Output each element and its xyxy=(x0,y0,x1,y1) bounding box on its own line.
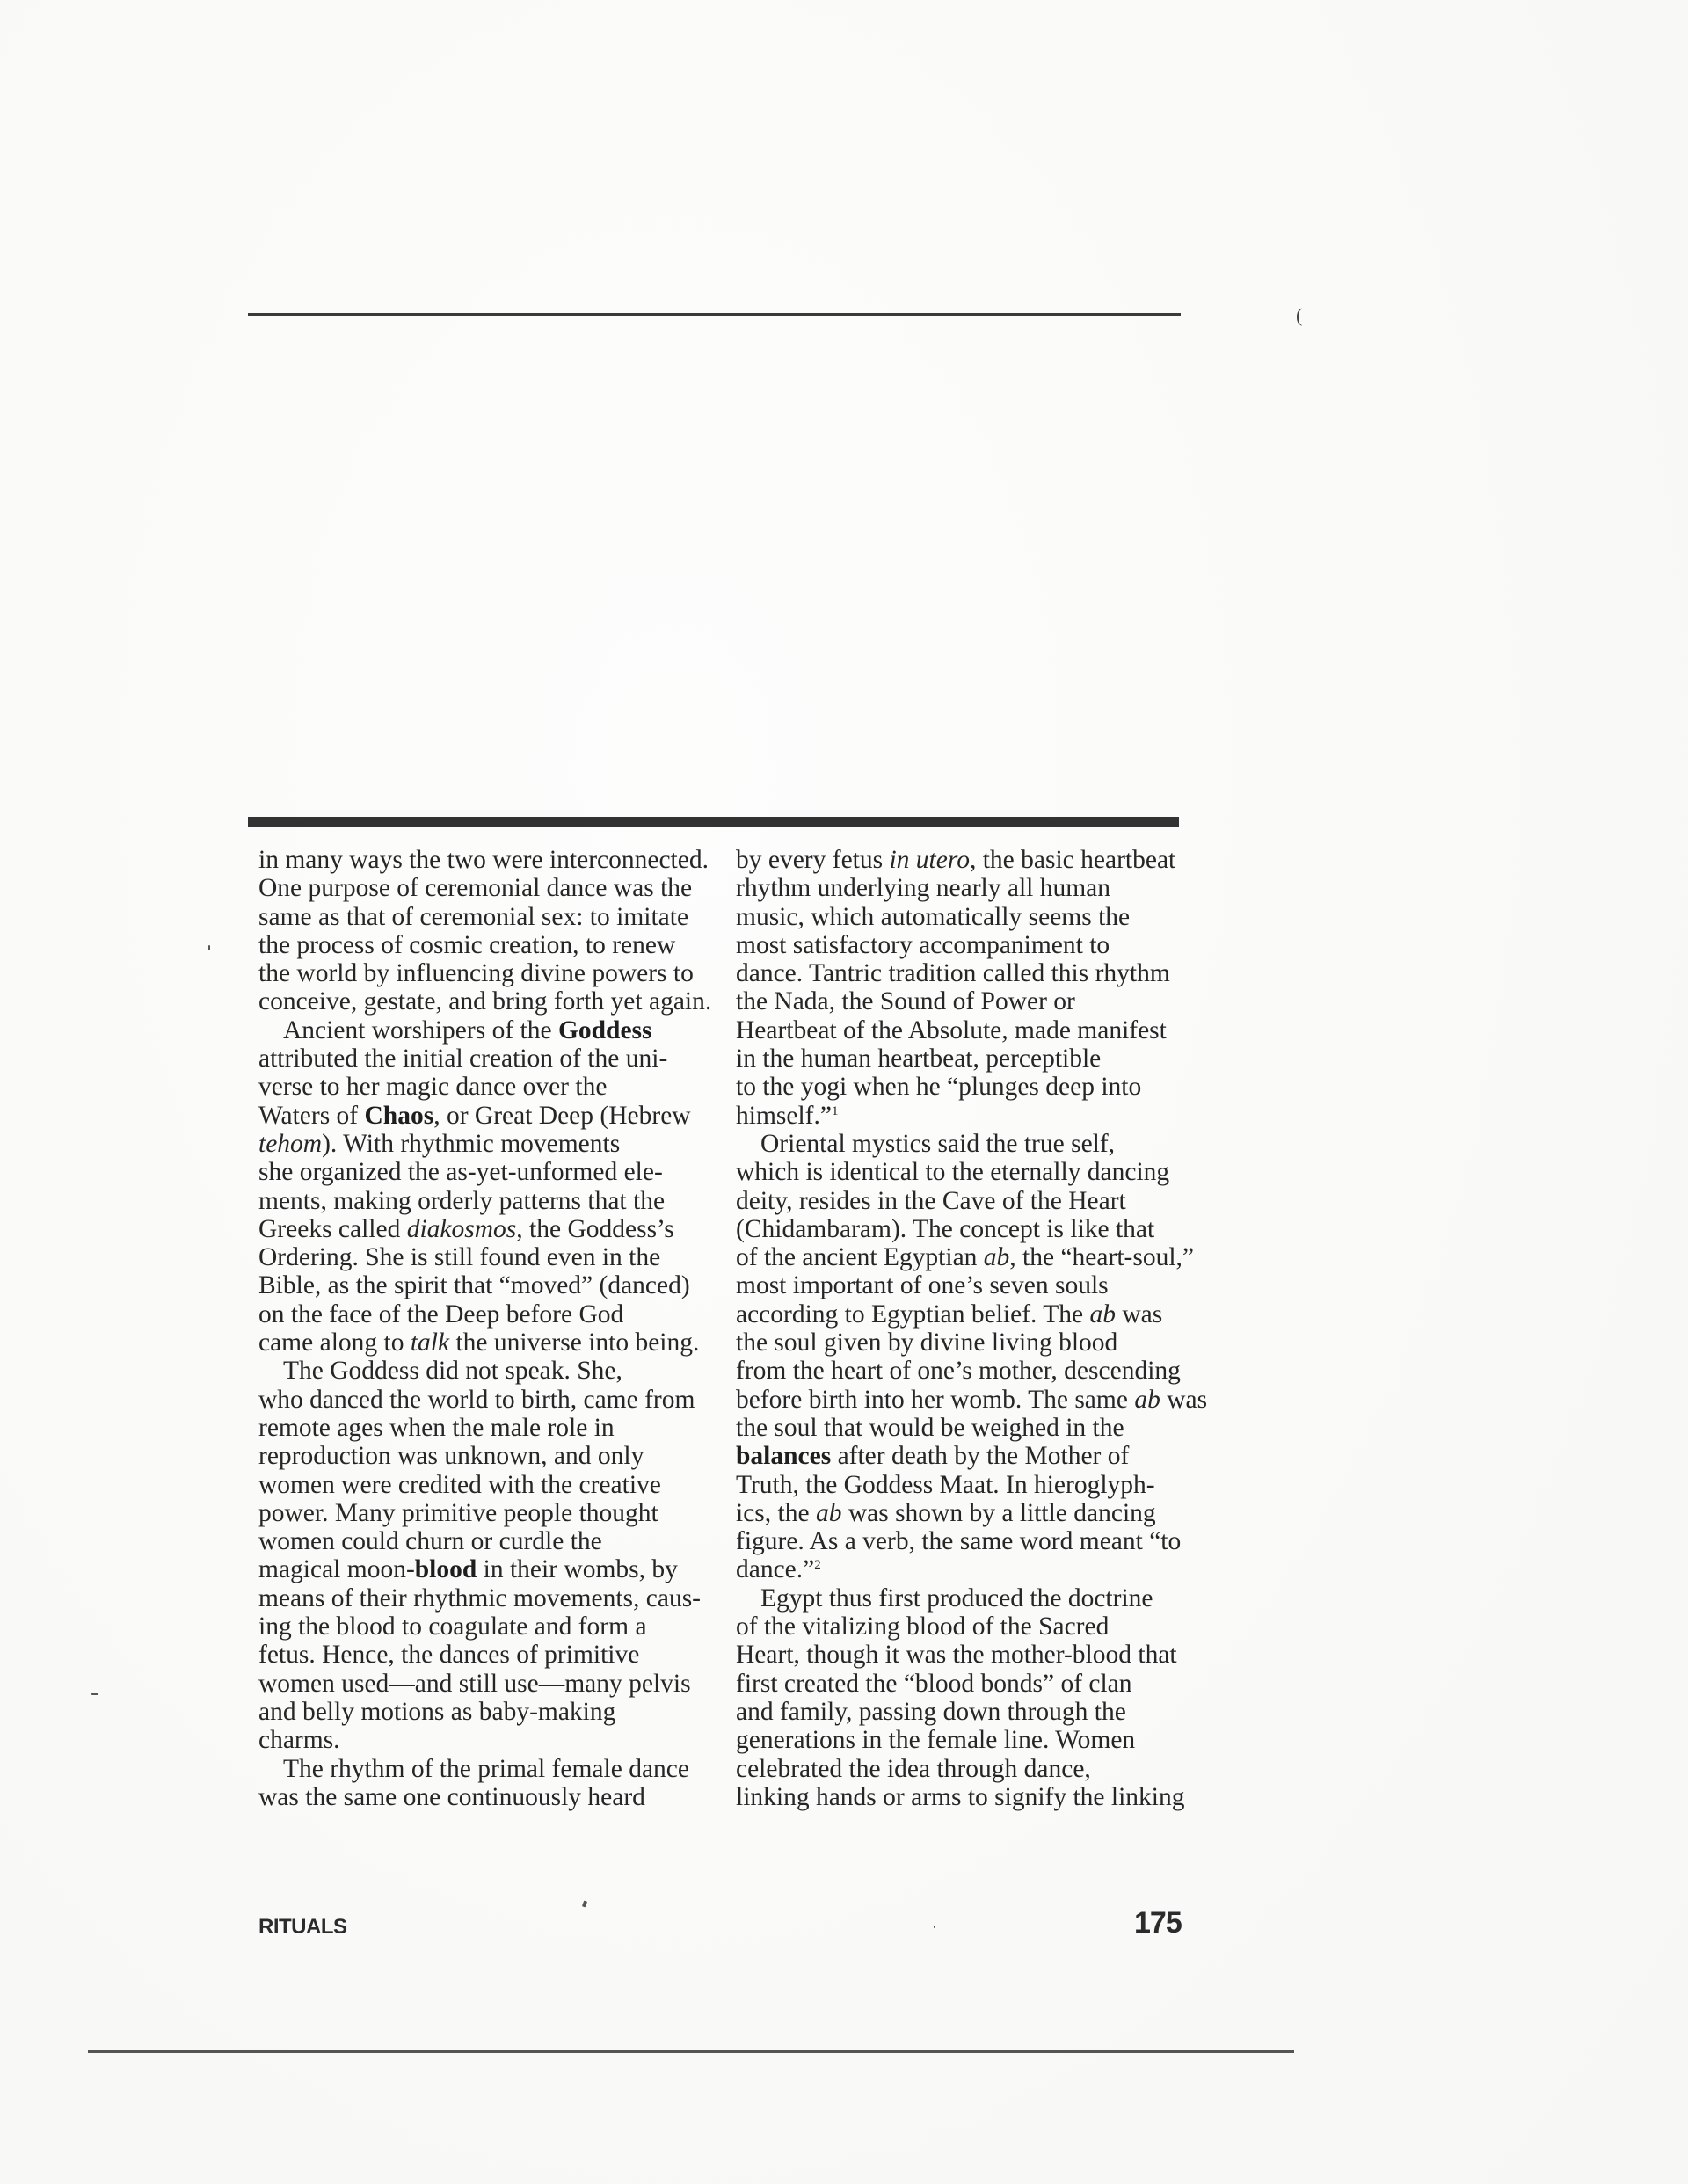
text-run: ing the blood to coagulate and form a xyxy=(258,1613,647,1641)
text-run: power. Many primitive people thought xyxy=(258,1499,658,1527)
text-line: attributed the initial creation of the u… xyxy=(258,1045,721,1073)
text-line: Egypt thus first produced the doctrine xyxy=(736,1584,1198,1613)
text-run: (Chidambaram). The concept is like that xyxy=(736,1215,1154,1243)
text-line: linking hands or arms to signify the lin… xyxy=(736,1783,1198,1811)
text-line: was the same one continuously heard xyxy=(258,1783,721,1811)
text-run: rhythm underlying nearly all human xyxy=(736,874,1110,902)
text-run: and belly motions as baby-making xyxy=(258,1698,615,1726)
text-line: came along to talk the universe into bei… xyxy=(258,1329,721,1357)
text-run: in the human heartbeat, perceptible xyxy=(736,1045,1101,1073)
text-run: Greeks called xyxy=(258,1215,407,1243)
text-line: the process of cosmic creation, to renew xyxy=(258,931,721,959)
text-line: dance.”2 xyxy=(736,1555,1198,1583)
encyclopedia-cross-reference: blood xyxy=(415,1555,477,1583)
text-run: Ancient worshipers of the xyxy=(283,1016,558,1045)
page-number: 175 xyxy=(1134,1906,1182,1940)
text-run: himself.” xyxy=(736,1102,832,1130)
text-run: , the Goddess’s xyxy=(516,1215,673,1243)
text-line: rhythm underlying nearly all human xyxy=(736,874,1198,902)
text-column-left: in many ways the two were interconnected… xyxy=(258,846,721,1811)
text-line: The Goddess did not speak. She, xyxy=(258,1357,721,1385)
text-line: of the vitalizing blood of the Sacred xyxy=(736,1613,1198,1641)
text-run: figure. As a verb, the same word meant “… xyxy=(736,1527,1181,1555)
text-line: to the yogi when he “plunges deep into xyxy=(736,1073,1198,1101)
text-line: she organized the as-yet-unformed ele- xyxy=(258,1158,721,1186)
text-run: celebrated the idea through dance, xyxy=(736,1755,1091,1783)
italic-term: tehom xyxy=(258,1130,322,1158)
text-line: most important of one’s seven souls xyxy=(736,1271,1198,1299)
text-run: magical moon- xyxy=(258,1555,415,1583)
text-run: charms. xyxy=(258,1726,340,1754)
text-line: celebrated the idea through dance, xyxy=(736,1755,1198,1783)
text-line: fetus. Hence, the dances of primitive xyxy=(258,1641,721,1669)
text-run: who danced the world to birth, came from xyxy=(258,1386,695,1414)
text-run: verse to her magic dance over the xyxy=(258,1073,607,1101)
text-run: , the “heart-soul,” xyxy=(1009,1243,1194,1271)
text-line: women were credited with the creative xyxy=(258,1471,721,1499)
running-footer: RITUALS xyxy=(258,1915,347,1940)
text-run: attributed the initial creation of the u… xyxy=(258,1045,667,1073)
text-run: the process of cosmic creation, to renew xyxy=(258,931,675,959)
text-line: on the face of the Deep before God xyxy=(258,1300,721,1329)
text-run: most satisfactory accompaniment to xyxy=(736,931,1110,959)
text-line: Heartbeat of the Absolute, made manifest xyxy=(736,1016,1198,1045)
text-run: women used—and still use—many pelvis xyxy=(258,1670,691,1698)
text-line: Ancient worshipers of the Goddess xyxy=(258,1016,721,1045)
text-run: Heartbeat of the Absolute, made manifest xyxy=(736,1016,1167,1045)
text-line: means of their rhythmic movements, caus- xyxy=(258,1584,721,1613)
text-run: and family, passing down through the xyxy=(736,1698,1126,1726)
text-run: the world by influencing divine powers t… xyxy=(258,959,694,987)
text-run: Egypt thus first produced the doctrine xyxy=(760,1584,1153,1613)
text-line: generations in the female line. Women xyxy=(736,1726,1198,1754)
text-line: tehom). With rhythmic movements xyxy=(258,1130,721,1158)
text-line: which is identical to the eternally danc… xyxy=(736,1158,1198,1186)
header-rule xyxy=(248,313,1181,316)
text-run: fetus. Hence, the dances of primitive xyxy=(258,1641,639,1669)
text-run: generations in the female line. Women xyxy=(736,1726,1135,1754)
encyclopedia-cross-reference: balances xyxy=(736,1442,831,1470)
text-run: was xyxy=(1116,1300,1162,1329)
text-line: One purpose of ceremonial dance was the xyxy=(258,874,721,902)
text-line: according to Egyptian belief. The ab was xyxy=(736,1300,1198,1329)
text-run: was shown by a little dancing xyxy=(841,1499,1155,1527)
text-line: (Chidambaram). The concept is like that xyxy=(736,1215,1198,1243)
text-run: conceive, gestate, and bring forth yet a… xyxy=(258,987,711,1016)
text-run: the universe into being. xyxy=(449,1329,699,1357)
text-line: conceive, gestate, and bring forth yet a… xyxy=(258,987,721,1016)
italic-term: in utero xyxy=(889,846,970,874)
text-line: and family, passing down through the xyxy=(736,1698,1198,1726)
text-run: came along to xyxy=(258,1329,411,1357)
text-run: , or Great Deep (Hebrew xyxy=(433,1102,690,1130)
text-run: ics, the xyxy=(736,1499,816,1527)
text-line: Ordering. She is still found even in the xyxy=(258,1243,721,1271)
margin-mark: ( xyxy=(1296,304,1302,327)
text-run: before birth into her womb. The same xyxy=(736,1386,1134,1414)
footnote-marker: 2 xyxy=(814,1558,821,1572)
text-line: charms. xyxy=(258,1726,721,1754)
text-run: linking hands or arms to signify the lin… xyxy=(736,1783,1184,1811)
text-run: deity, resides in the Cave of the Heart xyxy=(736,1187,1126,1215)
italic-term: talk xyxy=(411,1329,449,1357)
text-line: by every fetus in utero, the basic heart… xyxy=(736,846,1198,874)
text-run: was xyxy=(1160,1386,1207,1414)
text-run: Truth, the Goddess Maat. In hieroglyph- xyxy=(736,1471,1155,1499)
text-line: music, which automatically seems the xyxy=(736,903,1198,931)
text-column-right: by every fetus in utero, the basic heart… xyxy=(736,846,1198,1811)
text-line: women used—and still use—many pelvis xyxy=(258,1670,721,1698)
text-run: remote ages when the male role in xyxy=(258,1414,615,1442)
text-line: figure. As a verb, the same word meant “… xyxy=(736,1527,1198,1555)
text-line: most satisfactory accompaniment to xyxy=(736,931,1198,959)
text-run: the soul that would be weighed in the xyxy=(736,1414,1124,1442)
text-run: ments, making orderly patterns that the xyxy=(258,1187,665,1215)
text-run: the soul given by divine living blood xyxy=(736,1329,1117,1357)
text-run: dance. Tantric tradition called this rhy… xyxy=(736,959,1170,987)
text-line: the soul that would be weighed in the xyxy=(736,1414,1198,1442)
text-line: reproduction was unknown, and only xyxy=(258,1442,721,1470)
text-run: same as that of ceremonial sex: to imita… xyxy=(258,903,688,931)
text-run: Waters of xyxy=(258,1102,365,1130)
text-line: of the ancient Egyptian ab, the “heart-s… xyxy=(736,1243,1198,1271)
text-line: Greeks called diakosmos, the Goddess’s xyxy=(258,1215,721,1243)
footnote-marker: 1 xyxy=(832,1104,839,1118)
text-run: which is identical to the eternally danc… xyxy=(736,1158,1169,1186)
text-line: who danced the world to birth, came from xyxy=(258,1386,721,1414)
text-run: first created the “blood bonds” of clan xyxy=(736,1670,1132,1698)
text-line: and belly motions as baby-making xyxy=(258,1698,721,1726)
text-run: dance.” xyxy=(736,1555,814,1583)
text-run: means of their rhythmic movements, caus- xyxy=(258,1584,701,1613)
text-line: Oriental mystics said the true self, xyxy=(736,1130,1198,1158)
text-run: after death by the Mother of xyxy=(831,1442,1129,1470)
text-run: to the yogi when he “plunges deep into xyxy=(736,1073,1141,1101)
text-line: same as that of ceremonial sex: to imita… xyxy=(258,903,721,931)
text-run: the Nada, the Sound of Power or xyxy=(736,987,1075,1016)
text-line: from the heart of one’s mother, descendi… xyxy=(736,1357,1198,1385)
text-run: reproduction was unknown, and only xyxy=(258,1442,644,1470)
text-line: ics, the ab was shown by a little dancin… xyxy=(736,1499,1198,1527)
text-line: the Nada, the Sound of Power or xyxy=(736,987,1198,1016)
text-run: of the ancient Egyptian xyxy=(736,1243,984,1271)
text-line: first created the “blood bonds” of clan xyxy=(736,1670,1198,1698)
text-run: The rhythm of the primal female dance xyxy=(283,1755,689,1783)
text-run: The Goddess did not speak. She, xyxy=(283,1357,622,1385)
italic-term: ab xyxy=(984,1243,1010,1271)
text-run: Ordering. She is still found even in the xyxy=(258,1243,660,1271)
italic-term: ab xyxy=(1134,1386,1160,1414)
text-line: himself.”1 xyxy=(736,1102,1198,1130)
text-run: Heart, though it was the mother-blood th… xyxy=(736,1641,1177,1669)
text-run: music, which automatically seems the xyxy=(736,903,1130,931)
text-line: the soul given by divine living blood xyxy=(736,1329,1198,1357)
scan-speck xyxy=(91,1693,98,1695)
scan-speck xyxy=(208,945,210,950)
text-run: One purpose of ceremonial dance was the xyxy=(258,874,692,902)
text-line: women could churn or curdle the xyxy=(258,1527,721,1555)
italic-term: diakosmos xyxy=(407,1215,517,1243)
text-line: the world by influencing divine powers t… xyxy=(258,959,721,987)
text-run: in their wombs, by xyxy=(477,1555,678,1583)
scan-speck xyxy=(582,1901,587,1908)
text-run: women could churn or curdle the xyxy=(258,1527,602,1555)
text-run: was the same one continuously heard xyxy=(258,1783,645,1811)
text-run: on the face of the Deep before God xyxy=(258,1300,623,1329)
text-run: in many ways the two were interconnected… xyxy=(258,846,709,874)
text-line: Truth, the Goddess Maat. In hieroglyph- xyxy=(736,1471,1198,1499)
italic-term: ab xyxy=(1090,1300,1117,1329)
text-run: , the basic heartbeat xyxy=(970,846,1175,874)
text-line: magical moon-blood in their wombs, by xyxy=(258,1555,721,1583)
text-line: Heart, though it was the mother-blood th… xyxy=(736,1641,1198,1669)
scan-speck xyxy=(934,1926,935,1928)
text-line: power. Many primitive people thought xyxy=(258,1499,721,1527)
text-line: remote ages when the male role in xyxy=(258,1414,721,1442)
text-line: dance. Tantric tradition called this rhy… xyxy=(736,959,1198,987)
text-line: ing the blood to coagulate and form a xyxy=(258,1613,721,1641)
text-line: The rhythm of the primal female dance xyxy=(258,1755,721,1783)
text-run: according to Egyptian belief. The xyxy=(736,1300,1090,1329)
text-run: from the heart of one’s mother, descendi… xyxy=(736,1357,1181,1385)
text-line: verse to her magic dance over the xyxy=(258,1073,721,1101)
text-run: by every fetus xyxy=(736,846,889,874)
text-run: she organized the as-yet-unformed ele- xyxy=(258,1158,663,1186)
text-line: Bible, as the spirit that “moved” (dance… xyxy=(258,1271,721,1299)
encyclopedia-cross-reference: Goddess xyxy=(558,1016,652,1045)
text-line: balances after death by the Mother of xyxy=(736,1442,1198,1470)
text-run: of the vitalizing blood of the Sacred xyxy=(736,1613,1109,1641)
text-line: deity, resides in the Cave of the Heart xyxy=(736,1187,1198,1215)
section-divider-rule xyxy=(248,817,1179,827)
text-line: before birth into her womb. The same ab … xyxy=(736,1386,1198,1414)
text-line: ments, making orderly patterns that the xyxy=(258,1187,721,1215)
italic-term: ab xyxy=(816,1499,842,1527)
encyclopedia-cross-reference: Chaos xyxy=(365,1102,434,1130)
text-line: Waters of Chaos, or Great Deep (Hebrew xyxy=(258,1102,721,1130)
text-line: in the human heartbeat, perceptible xyxy=(736,1045,1198,1073)
text-run: most important of one’s seven souls xyxy=(736,1271,1109,1299)
text-run: ). With rhythmic movements xyxy=(322,1130,620,1158)
text-line: in many ways the two were interconnected… xyxy=(258,846,721,874)
text-run: women were credited with the creative xyxy=(258,1471,661,1499)
bottom-rule xyxy=(88,2050,1294,2053)
text-run: Bible, as the spirit that “moved” (dance… xyxy=(258,1271,690,1299)
text-run: Oriental mystics said the true self, xyxy=(760,1130,1115,1158)
